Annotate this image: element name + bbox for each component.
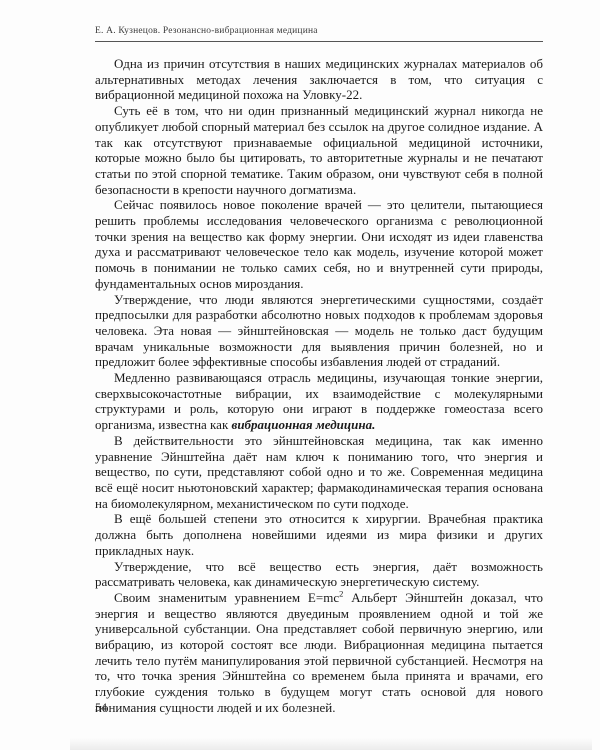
paragraph-2-text: Суть её в том, что ни один признанный ме…: [95, 103, 543, 197]
paragraph-7-text: В ещё большей степени это относится к хи…: [95, 511, 543, 557]
paragraph-1-text: Одна из причин отсутствия в наших медици…: [95, 56, 543, 102]
page-number: 54: [95, 700, 107, 715]
paragraph-2: Суть её в том, что ни один признанный ме…: [95, 103, 543, 197]
paragraph-5: Медленно развивающаяся отрасль медицины,…: [95, 370, 543, 433]
paragraph-9: Своим знаменитым уравнением E=mc2 Альбер…: [95, 590, 543, 716]
book-page: Е. А. Кузнецов. Резонансно-вибрационная …: [0, 0, 600, 750]
term-vibrational-medicine: вибрационная медицина.: [232, 417, 376, 432]
paragraph-6: В действительности это эйнштейновская ме…: [95, 433, 543, 512]
paragraph-6-text: В действительности это эйнштейновская ме…: [95, 433, 543, 511]
paragraph-3: Сейчас появилось новое поколение врачей …: [95, 197, 543, 291]
running-head: Е. А. Кузнецов. Резонансно-вибрационная …: [95, 26, 543, 36]
paragraph-8: Утверждение, что всё вещество есть энерг…: [95, 559, 543, 590]
page-body: Одна из причин отсутствия в наших медици…: [95, 56, 543, 716]
paragraph-4-text: Утверждение, что люди являются энергетич…: [95, 292, 543, 370]
header-rule: [95, 41, 543, 42]
paragraph-9-pre: Своим знаменитым уравнением E=mc: [114, 590, 339, 605]
paragraph-4: Утверждение, что люди являются энергетич…: [95, 292, 543, 371]
paragraph-3-text: Сейчас появилось новое поколение врачей …: [95, 197, 543, 291]
paragraph-1: Одна из причин отсутствия в наших медици…: [95, 56, 543, 103]
paragraph-7: В ещё большей степени это относится к хи…: [95, 511, 543, 558]
paragraph-9-post: Альберт Эйнштейн доказал, что энергия и …: [95, 590, 543, 715]
paragraph-8-text: Утверждение, что всё вещество есть энерг…: [95, 559, 543, 590]
scan-shadow: [70, 738, 592, 750]
